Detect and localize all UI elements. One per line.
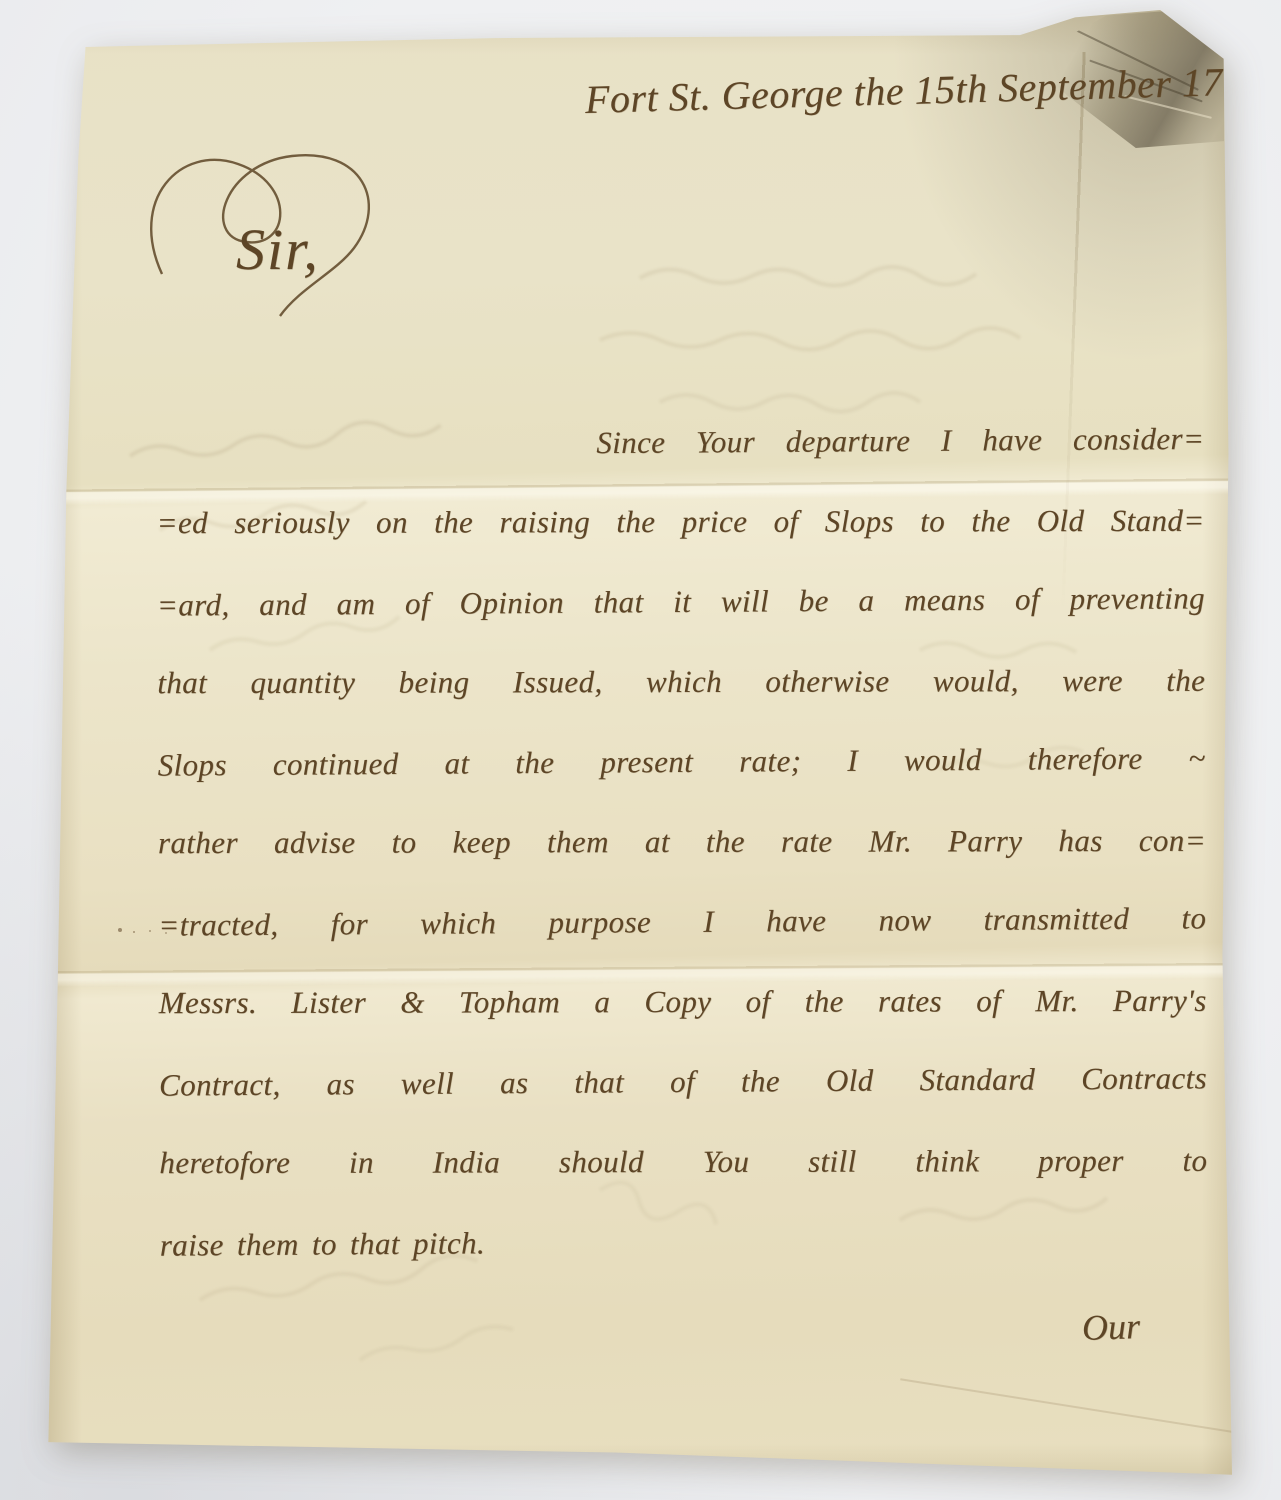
letter-line: Slops continued at the present rate; I w… xyxy=(157,718,1206,805)
letter-line: rather advise to keep them at the rate M… xyxy=(158,801,1206,883)
letter-line: =tracted, for which purpose I have now t… xyxy=(158,878,1207,965)
letter-line: Contract, as well as that of the Old Sta… xyxy=(159,1038,1208,1125)
letter-paper-wrap: Fort St. George the 15th September 1763 … xyxy=(0,0,1281,1500)
ink-specks xyxy=(118,928,122,932)
salutation-text: Sir, xyxy=(236,216,320,283)
letter-body: Since Your departure I have consider= =e… xyxy=(156,400,1208,1285)
letter-line: raise them to that pitch. xyxy=(159,1198,1208,1285)
photo-background: Fort St. George the 15th September 1763 … xyxy=(0,0,1281,1500)
letter-line: that quantity being Issued, which otherw… xyxy=(157,641,1205,723)
letter-line: =ard, and am of Opinion that it will be … xyxy=(157,558,1206,645)
letter-line: Messrs. Lister & Topham a Copy of the ra… xyxy=(159,961,1207,1043)
letter-line: heretofore in India should You still thi… xyxy=(159,1121,1207,1203)
catchword: Our xyxy=(1081,1305,1140,1349)
letter-paper: Fort St. George the 15th September 1763 … xyxy=(40,10,1238,1488)
salutation: Sir, xyxy=(140,138,440,358)
letter-line: =ed seriously on the raising the price o… xyxy=(157,481,1205,563)
letter-line: Since Your departure I have consider= xyxy=(596,399,1205,483)
